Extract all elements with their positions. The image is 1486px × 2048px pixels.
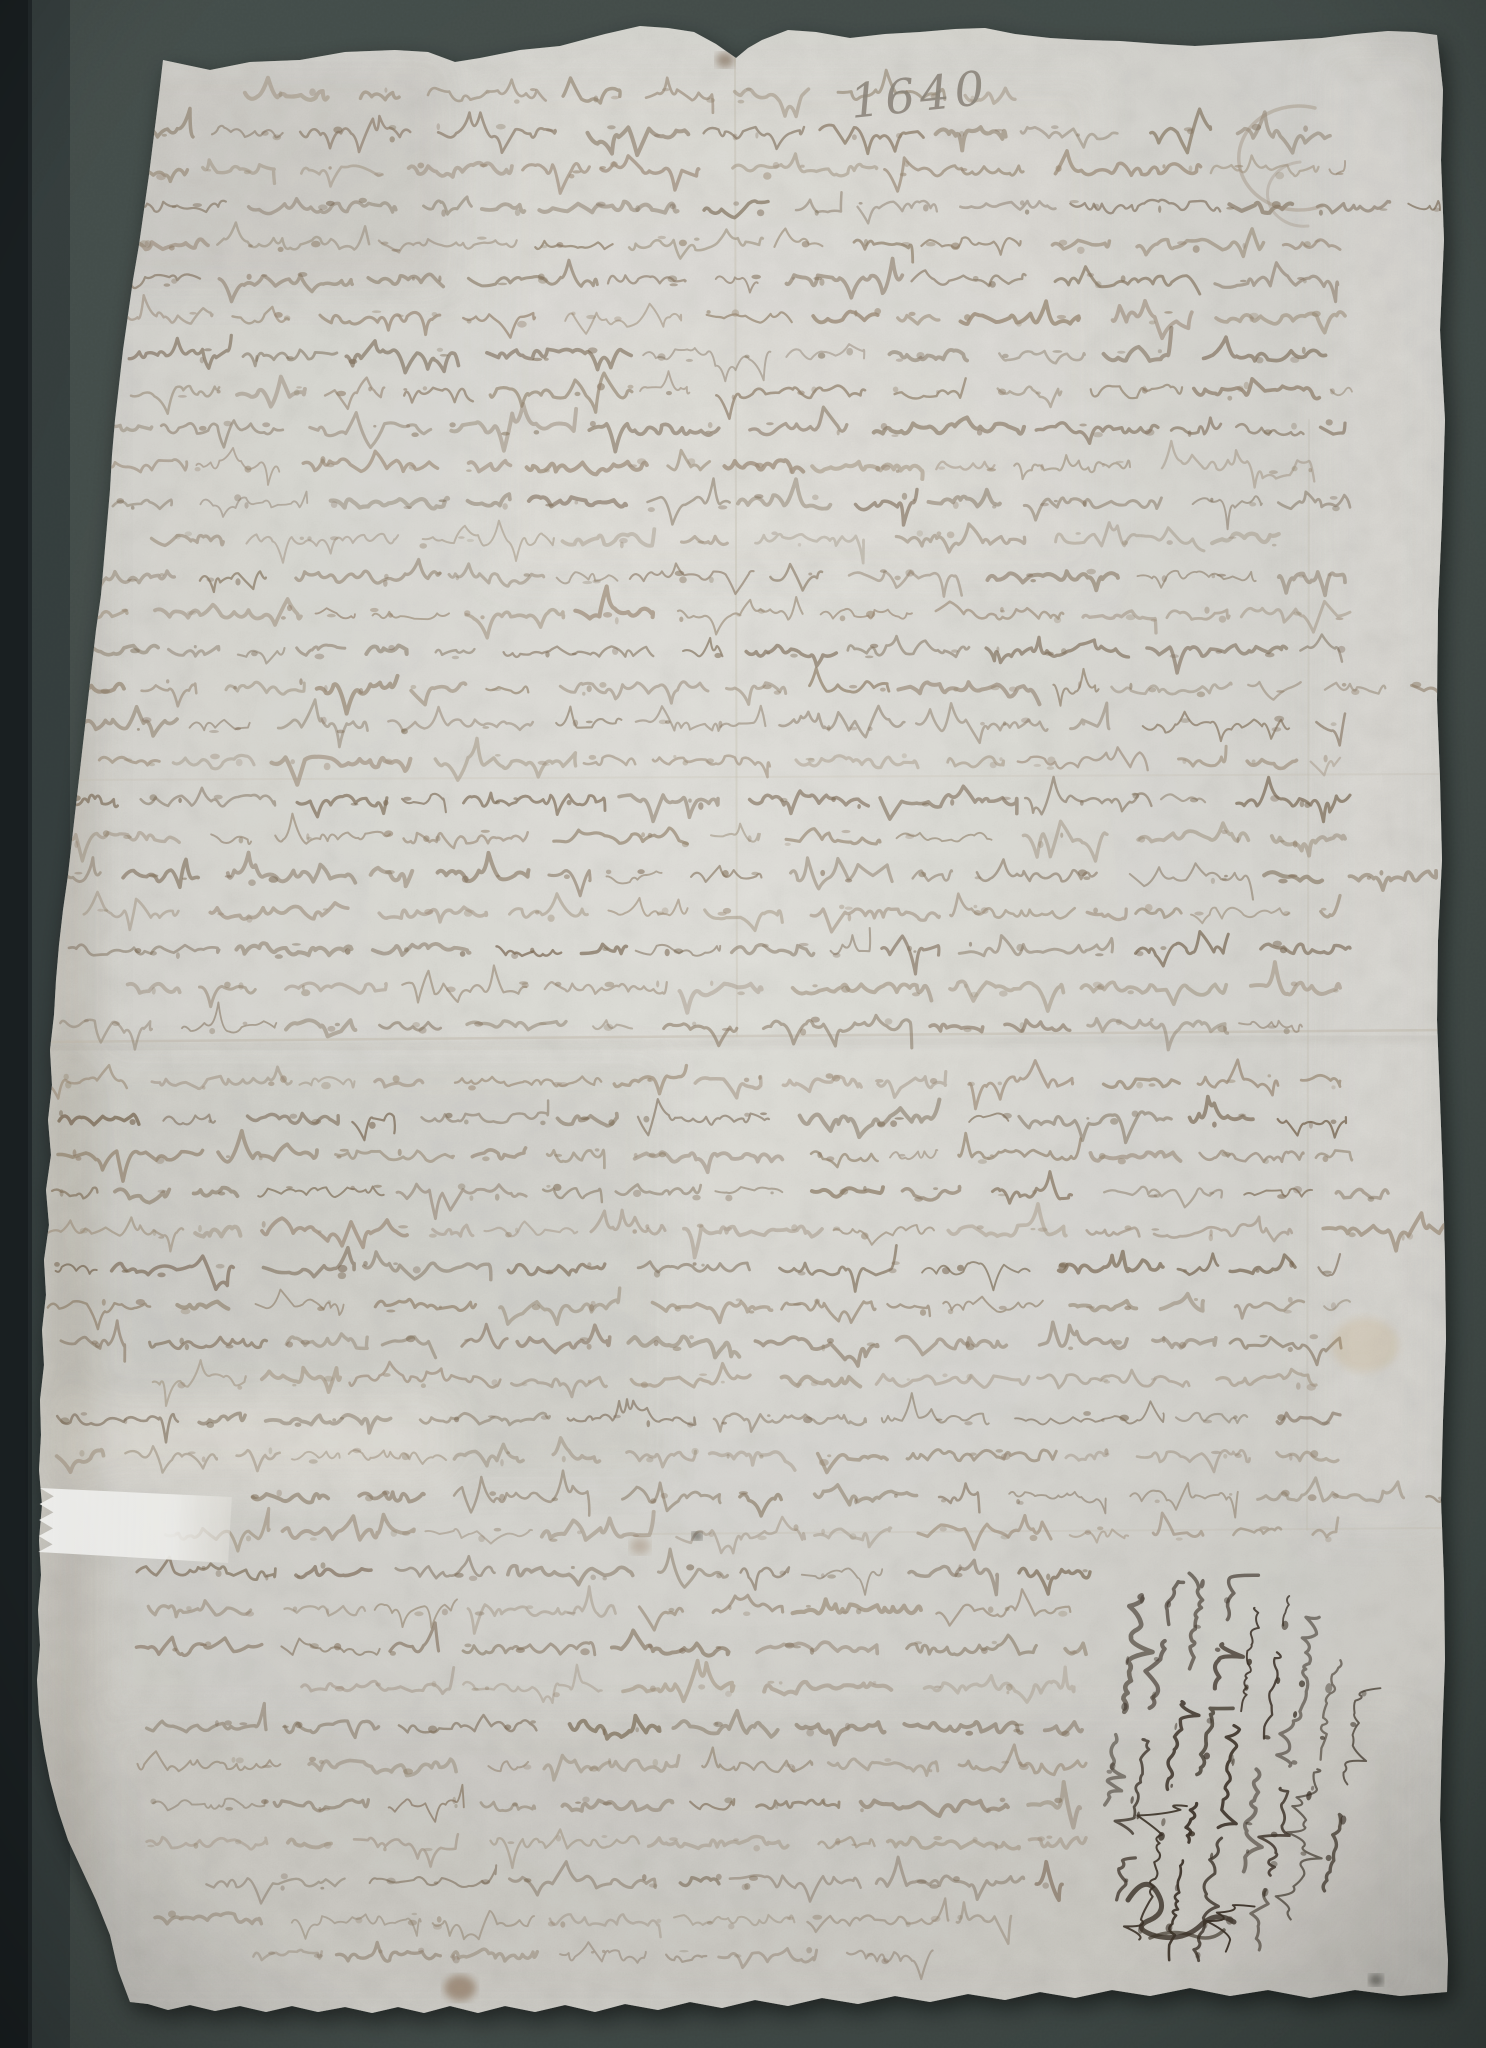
photo-vignette bbox=[0, 0, 1486, 2048]
archival-document-photo: 1640 bbox=[0, 0, 1486, 2048]
